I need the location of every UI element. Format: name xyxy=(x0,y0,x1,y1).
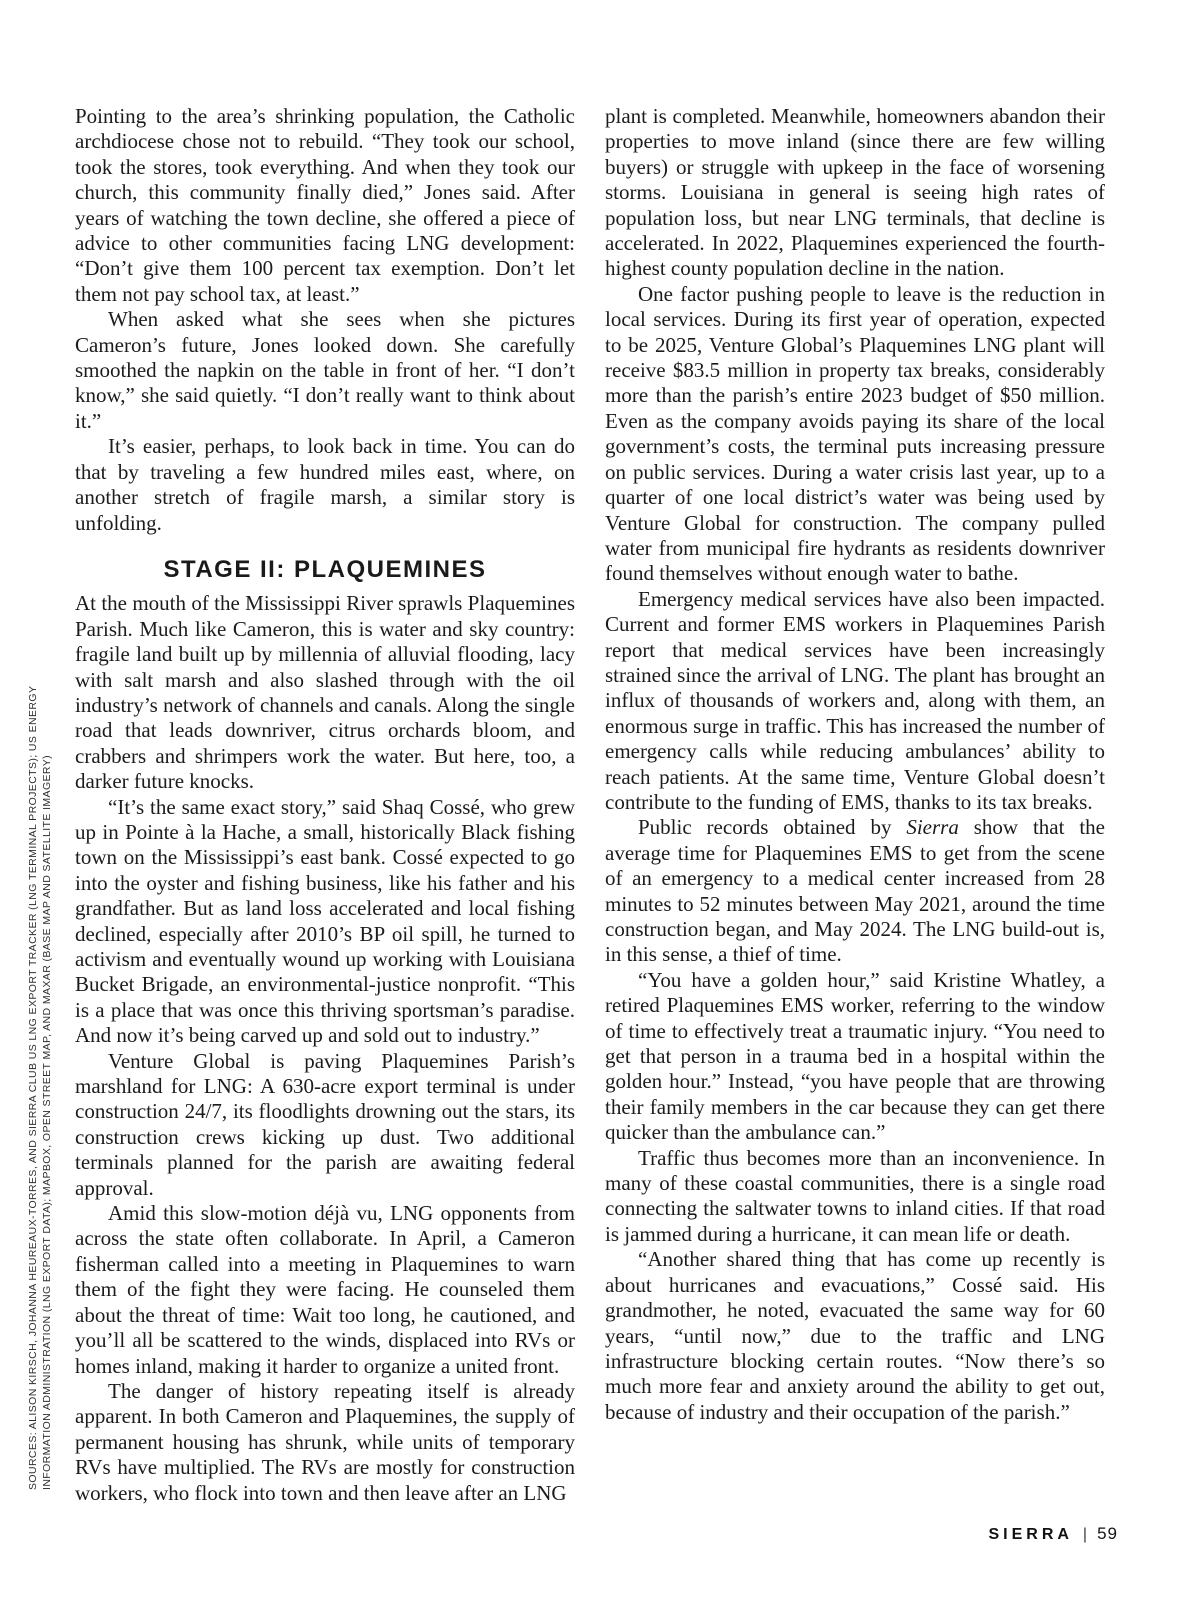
magazine-name: SIERRA xyxy=(988,1526,1072,1544)
text-run: Public records obtained by xyxy=(638,815,906,839)
body-paragraph: Amid this slow-motion déjà vu, LNG oppon… xyxy=(75,1201,575,1379)
body-paragraph: “Another shared thing that has come up r… xyxy=(605,1247,1105,1425)
footer-separator: | xyxy=(1083,1526,1087,1544)
text-run: At the mouth of the Mississippi River sp… xyxy=(75,591,575,793)
body-paragraph: Venture Global is paving Plaquemines Par… xyxy=(75,1049,575,1201)
credit-line: INFORMATION ADMINISTRATION (LNG EXPORT D… xyxy=(40,750,54,1490)
body-paragraph: When asked what she sees when she pictur… xyxy=(75,307,575,434)
page-number: 59 xyxy=(1097,1524,1118,1544)
body-paragraph: Public records obtained by Sierra show t… xyxy=(605,815,1105,967)
italic-text-run: Sierra xyxy=(906,815,959,839)
text-run: When asked what she sees when she pictur… xyxy=(75,307,575,433)
sources-credit: SOURCES: ALISON KIRSCH, JOHANNA HEUREAUX… xyxy=(26,750,54,1490)
body-paragraph: At the mouth of the Mississippi River sp… xyxy=(75,591,575,794)
credit-line: SOURCES: ALISON KIRSCH, JOHANNA HEUREAUX… xyxy=(26,750,40,1490)
text-run: Emergency medical services have also bee… xyxy=(605,587,1105,814)
article-body: Pointing to the area’s shrinking populat… xyxy=(75,104,1105,1506)
text-run: Venture Global is paving Plaquemines Par… xyxy=(75,1049,575,1200)
text-run: Amid this slow-motion déjà vu, LNG oppon… xyxy=(75,1201,575,1377)
text-run: The danger of history repeating itself i… xyxy=(75,1379,575,1505)
body-paragraph: One factor pushing people to leave is th… xyxy=(605,282,1105,587)
body-paragraph: Pointing to the area’s shrinking populat… xyxy=(75,104,575,307)
body-paragraph: It’s easier, perhaps, to look back in ti… xyxy=(75,434,575,536)
text-run: One factor pushing people to leave is th… xyxy=(605,282,1105,585)
text-run: Pointing to the area’s shrinking populat… xyxy=(75,104,575,306)
left-column: Pointing to the area’s shrinking populat… xyxy=(75,104,575,1506)
magazine-page: SOURCES: ALISON KIRSCH, JOHANNA HEUREAUX… xyxy=(0,0,1200,1600)
text-run: “Another shared thing that has come up r… xyxy=(605,1247,1105,1423)
body-paragraph: “It’s the same exact story,” said Shaq C… xyxy=(75,795,575,1049)
text-run: It’s easier, perhaps, to look back in ti… xyxy=(75,434,575,534)
text-run: Traffic thus becomes more than an inconv… xyxy=(605,1146,1105,1246)
body-paragraph: Emergency medical services have also bee… xyxy=(605,587,1105,816)
text-run: “It’s the same exact story,” said Shaq C… xyxy=(75,795,575,1048)
section-heading: STAGE II: PLAQUEMINES xyxy=(75,557,575,582)
text-run: “You have a golden hour,” said Kristine … xyxy=(605,968,1105,1144)
right-column: plant is completed. Meanwhile, homeowner… xyxy=(605,104,1105,1506)
body-paragraph: plant is completed. Meanwhile, homeowner… xyxy=(605,104,1105,282)
body-paragraph: Traffic thus becomes more than an inconv… xyxy=(605,1146,1105,1248)
body-paragraph: The danger of history repeating itself i… xyxy=(75,1379,575,1506)
page-footer: SIERRA | 59 xyxy=(988,1524,1118,1544)
text-run: plant is completed. Meanwhile, homeowner… xyxy=(605,104,1105,280)
body-paragraph: “You have a golden hour,” said Kristine … xyxy=(605,968,1105,1146)
